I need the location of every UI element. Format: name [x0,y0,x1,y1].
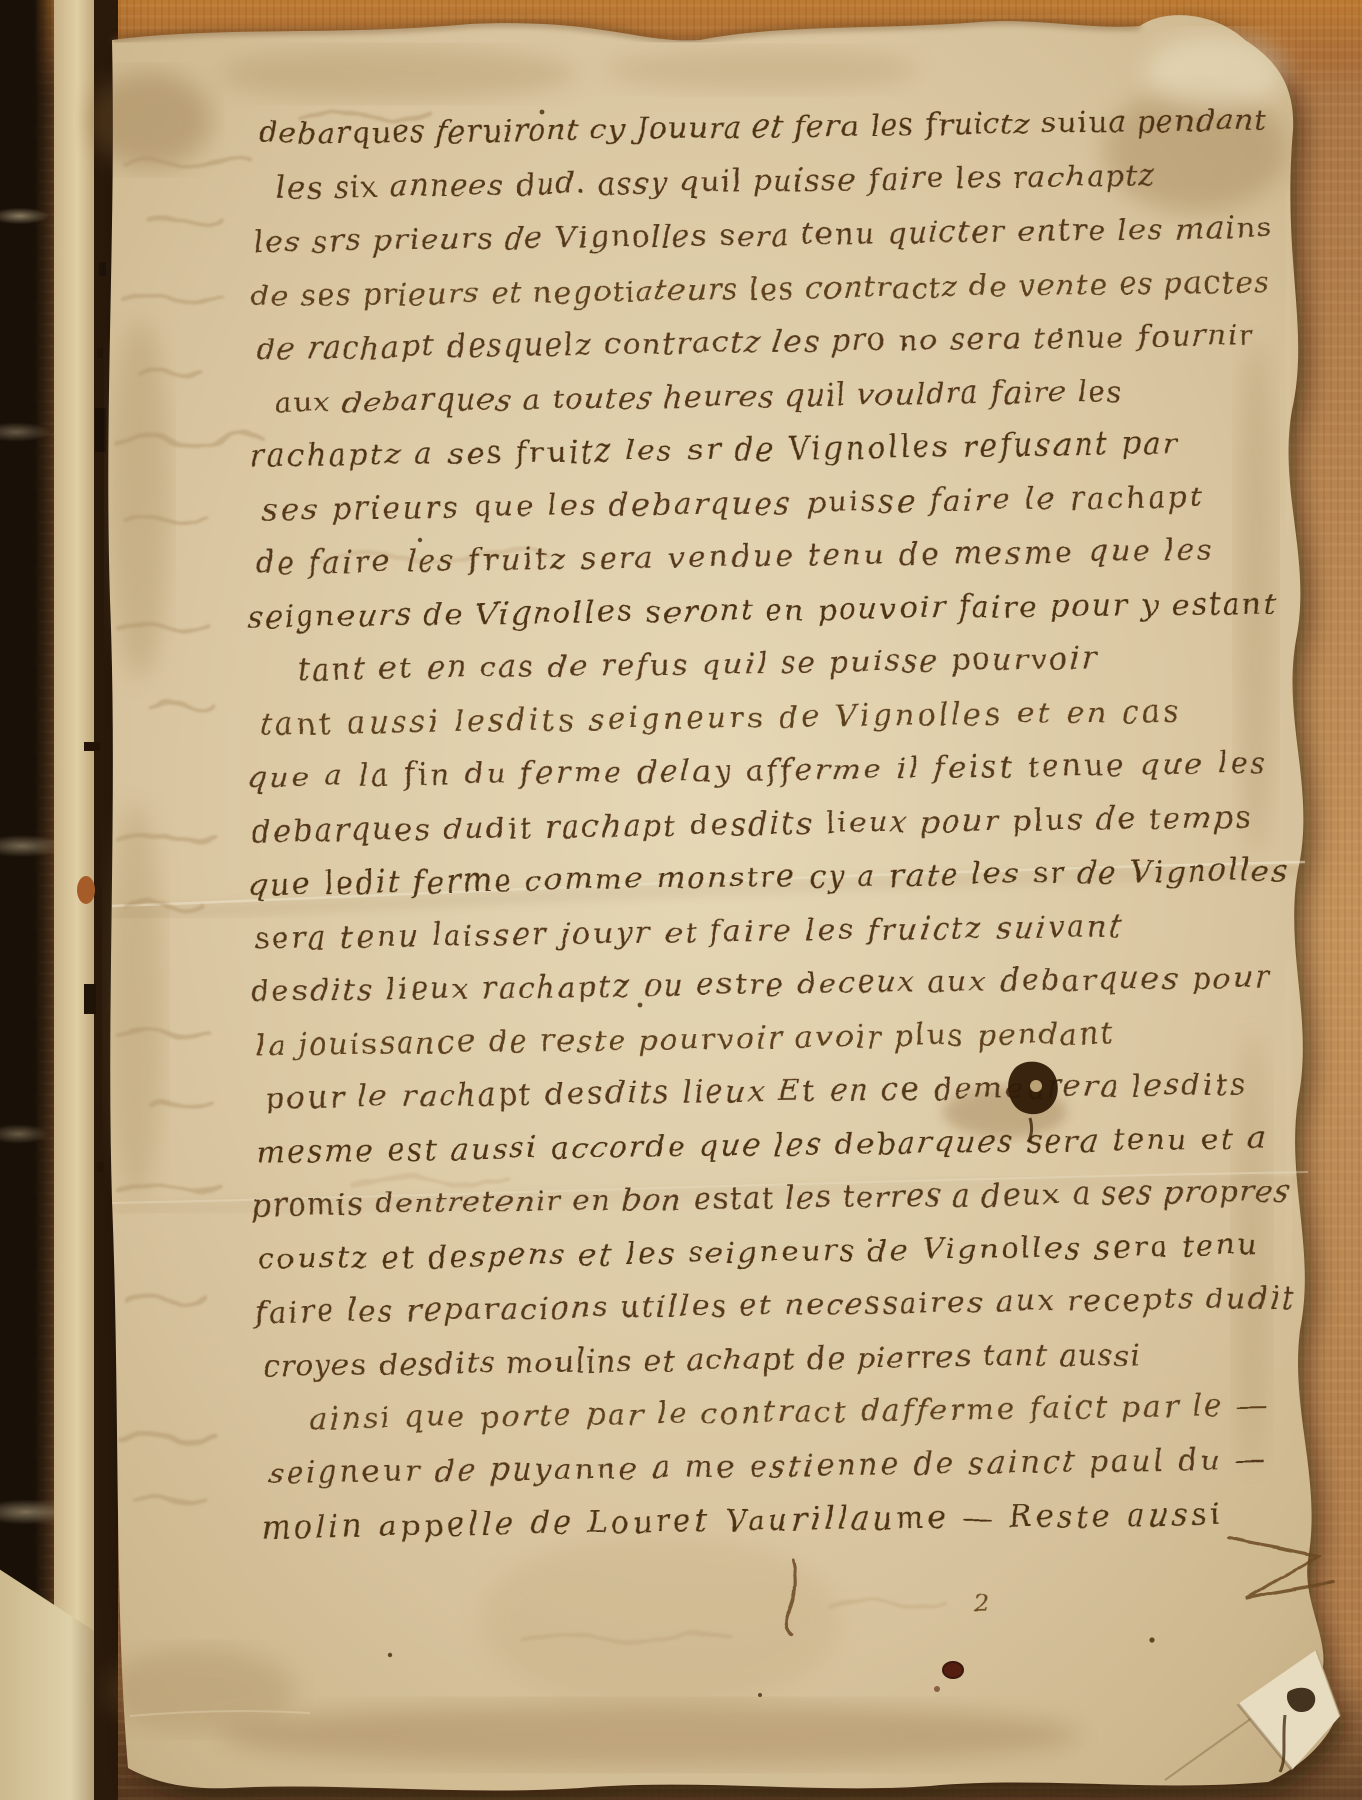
wormhole [77,876,95,904]
manuscript-sheet-graphic: debarques feruiront cy Jouura et fera le… [0,0,1362,1800]
manuscript-photo: debarques feruiront cy Jouura et fera le… [0,0,1362,1800]
margin-mark: 2 [972,1588,991,1618]
manuscript-text: debarques feruiront cy Jouura et fera le… [236,103,1299,1628]
red-wax-spot [943,1662,963,1678]
